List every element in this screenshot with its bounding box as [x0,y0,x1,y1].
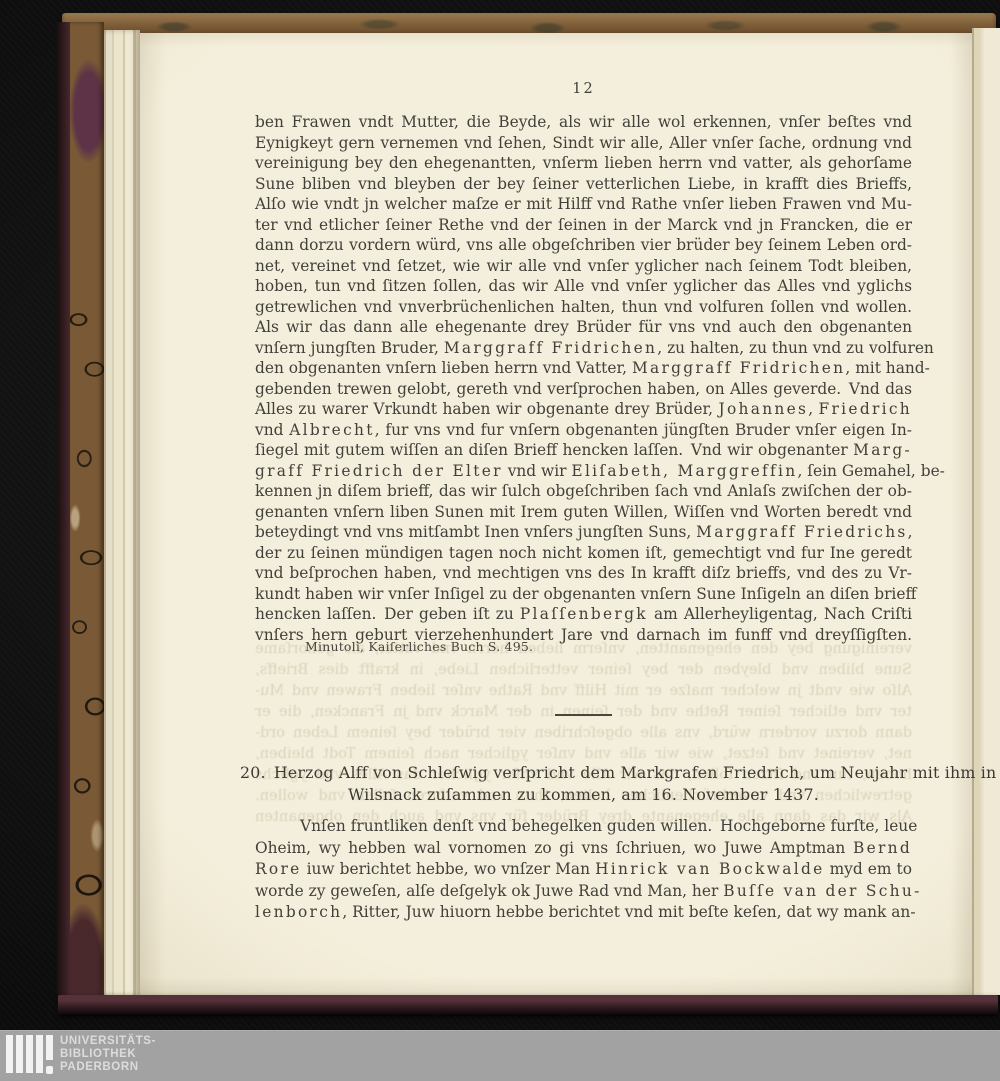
paragraph-main: ben Frawen vndt Mutter, die Beyde, als w… [255,112,912,645]
library-name-line: PADERBORN [60,1061,156,1074]
source-citation: Minutoli, Kaiſerliches Buch S. 495. [305,639,533,654]
library-name: UNIVERSITÄTS-BIBLIOTHEKPADERBORN [60,1035,156,1074]
paragraph-line: ter vnd etlicher ſeiner Rethe vnd der ſe… [255,215,912,236]
library-logo-icon [6,1035,56,1075]
heading-line: Wilsnack zuſammen zu kommen, am 16. Nove… [240,784,927,806]
paragraph-line: Als wir das dann alle ehegenante drey Br… [255,317,912,338]
letterspaced-text: Eliſabeth, Marggreffin [571,462,797,480]
paragraph-line: vnd Albrecht, fur vns vnd fur vnſern obg… [255,420,912,441]
paragraph-letter: Vnſen fruntliken denſt vnd behegelken gu… [255,816,912,924]
section-divider-rule [555,714,612,716]
letterspaced-text: Marg- [853,441,912,459]
bleedthrough-line: Sune bliben vnd bleyben der bey ſeiner v… [255,659,912,680]
book-page: vereinigung bey den ehegenantten, vnſerm… [140,33,972,995]
paragraph-line: kundt haben wir vnſer Inſigel zu der obg… [255,584,912,605]
paragraph-line: dann dorzu vordern würd, vns alle obgeſc… [255,235,912,256]
paragraph-line: worde zy geweſen, alſe deſgelyk ok Juwe … [255,881,912,903]
paragraph-line: Vnſen fruntliken denſt vnd behegelken gu… [255,816,912,838]
page-number: 12 [255,81,912,97]
paragraph-line: Alſo wie vndt jn welcher maſze er mit Hi… [255,194,912,215]
bleedthrough-line: ter vnd etlicher ſeiner Rethe vnd der ſe… [255,701,912,722]
paragraph-line: ben Frawen vndt Mutter, die Beyde, als w… [255,112,912,133]
letterspaced-text: Marggraff Fridrichen [444,339,657,357]
letterspaced-text: Hinrick van Bockwalde [595,860,824,878]
logo-bar [6,1035,13,1073]
letterspaced-text: graff Friedrich der Elter [255,462,503,480]
logo-bar [26,1035,33,1073]
letterspaced-text: Marggraff Fridrichen [632,359,845,377]
paragraph-line: Alles zu warer Vrkundt haben wir obgenan… [255,399,912,420]
page-edges-stack [104,30,140,996]
logo-bar [36,1035,43,1073]
book-cover-bottom-edge [58,995,998,1014]
library-name-line: UNIVERSITÄTS- [60,1035,156,1048]
paragraph-line: vereinigung bey den ehegenantten, vnſerm… [255,153,912,174]
paragraph-line: kennen jn diſem brieff, das wir ſulch ob… [255,481,912,502]
letterspaced-text: Bernd [853,839,912,857]
letterspaced-text: lenborch [255,903,342,921]
paragraph-line: Eynigkeyt gern vernemen vnd ſehen, Sindt… [255,133,912,154]
facing-page-edge [972,28,1000,995]
paragraph-line: genanten vnſern liben Sunen mit Irem gut… [255,502,912,523]
paragraph-line: den obgenanten vnſern lieben herrn vnd V… [255,358,912,379]
letterspaced-text: Rore [255,860,302,878]
section-heading: 20. Herzog Alff von Schleſwig verſpricht… [240,762,927,805]
library-name-line: BIBLIOTHEK [60,1048,156,1061]
paragraph-line: vnd beſprochen haben, vnd mechtigen vns … [255,563,912,584]
bleedthrough-line: Alſo wie vndt jn welcher maſze er mit Hi… [255,680,912,701]
letterspaced-text: Albrecht [289,421,374,439]
paragraph-line: graff Friedrich der Elter vnd wir Eliſab… [255,461,912,482]
paragraph-line: hoben, tun vnd ſitzen ſollen, das wir Al… [255,276,912,297]
paragraph-line: Sune bliben vnd bleyben der bey ſeiner v… [255,174,912,195]
marbled-cover-board [70,22,104,1014]
logo-bar [16,1035,23,1073]
bleedthrough-line: net, vereinet vnd ſetzet, wie wir alle v… [255,743,912,764]
heading-line: 20. Herzog Alff von Schleſwig verſpricht… [240,762,927,784]
logo-bar-exclamation [46,1035,53,1060]
letterspaced-text: Friedrich [819,400,912,418]
paragraph-line: der zu ſeinen mündigen tagen noch nicht … [255,543,912,564]
paragraph-line: beteydingt vnd vns mitſambt Inen vnſers … [255,522,912,543]
bleedthrough-line: dann dorzu vordern würd, vns alle obgeſc… [255,722,912,743]
paragraph-line: ſiegel mit gutem wiſſen an diſen Brieff … [255,440,912,461]
letterspaced-text: Buſſe van der Schu- [723,882,921,900]
paragraph-line: net, vereinet vnd ſetzet, wie wir alle v… [255,256,912,277]
paragraph-line: vnſern jungſten Bruder, Marggraff Fridri… [255,338,912,359]
paragraph-line: gebenden trewen gelobt, gereth vnd verſp… [255,379,912,400]
library-watermark-band: UNIVERSITÄTS-BIBLIOTHEKPADERBORN [0,1030,1000,1081]
paragraph-line: getrewlichen vnd vnverbrüchenlichen halt… [255,297,912,318]
paragraph-line: Rore iuw berichtet hebbe, wo vnſzer Man … [255,859,912,881]
book-scan: vereinigung bey den ehegenantten, vnſerm… [0,0,1000,1081]
paragraph-line: Oheim, wy hebben wal vornomen zo gi vns … [255,838,912,860]
letterspaced-text: Johannes [718,400,808,418]
paragraph-line: hencken laſſen. Der geben iſt zu Plaſſen… [255,604,912,625]
paragraph-line: lenborch, Ritter, Juw hiuorn hebbe beric… [255,902,912,924]
letterspaced-text: Marggraff Friedrichs [696,523,907,541]
letterspaced-text: Plaſſenbergk [520,605,648,623]
